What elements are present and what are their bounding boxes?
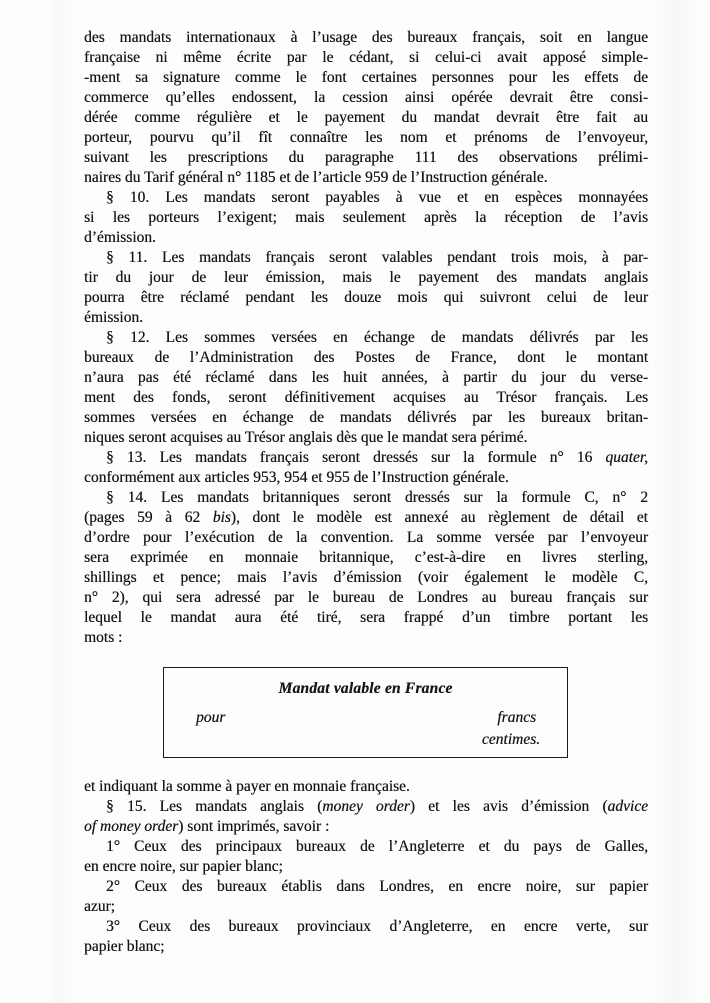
text-line: tir du jour de leur émission, mais le pa… bbox=[84, 268, 648, 288]
text-segment: tir du jour de leur émission, mais le pa… bbox=[84, 269, 648, 286]
text-line: des mandats internationaux à l’usage des… bbox=[84, 28, 648, 48]
text-line: § 12. Les sommes versées en échange de m… bbox=[84, 328, 648, 348]
page-text-column: des mandats internationaux à l’usage des… bbox=[84, 28, 648, 957]
italic-text-segment: money order bbox=[322, 798, 410, 815]
text-segment: conformément aux articles 953, 954 et 95… bbox=[84, 469, 509, 486]
text-segment: 3° Ceux des bureaux provinciaux d’Anglet… bbox=[106, 918, 648, 935]
text-line: commerce qu’elles endossent, la cession … bbox=[84, 88, 648, 108]
text-segment: shillings et pence; mais l’avis d’émissi… bbox=[84, 569, 648, 586]
text-line: § 15. Les mandats anglais (money order) … bbox=[84, 797, 648, 817]
text-line: sommes versées en échange de mandats dél… bbox=[84, 408, 648, 428]
text-line: lequel le mandat aura été tiré, sera fra… bbox=[84, 608, 648, 628]
text-line: papier blanc; bbox=[84, 937, 648, 957]
text-segment: § 15. Les mandats anglais ( bbox=[106, 798, 322, 815]
scan-streak-left-margin bbox=[45, 0, 77, 1003]
text-segment: § 10. Les mandats seront payables à vue … bbox=[106, 189, 648, 206]
text-segment: des mandats internationaux à l’usage des… bbox=[84, 29, 648, 46]
italic-text-segment: of money order bbox=[84, 818, 178, 835]
text-segment: papier blanc; bbox=[84, 938, 164, 955]
text-line: suivant les prescriptions du paragraphe … bbox=[84, 148, 648, 168]
text-segment: dérée comme régulière et le payement du … bbox=[84, 109, 648, 126]
stamp-pour-label: pour bbox=[196, 708, 225, 728]
text-segment: mots : bbox=[84, 629, 122, 646]
text-segment: sommes versées en échange de mandats dél… bbox=[84, 409, 648, 426]
text-segment: lequel le mandat aura été tiré, sera fra… bbox=[84, 609, 648, 626]
text-segment: porteur, pourvu qu’il fît connaître les … bbox=[84, 129, 648, 146]
text-line: émission. bbox=[84, 308, 648, 328]
text-line: ment des fonds, seront définitivement ac… bbox=[84, 388, 648, 408]
text-block-top: des mandats internationaux à l’usage des… bbox=[84, 28, 648, 648]
text-line: mots : bbox=[84, 628, 648, 648]
stamp-francs-label: francs bbox=[497, 708, 536, 728]
text-line: § 13. Les mandats français seront dressé… bbox=[84, 448, 648, 468]
stamp-centimes-label: centimes. bbox=[164, 730, 567, 750]
italic-text-segment: advice bbox=[608, 798, 648, 815]
text-segment: et indiquant la somme à payer en monnaie… bbox=[84, 778, 410, 795]
italic-text-segment: quater, bbox=[605, 449, 648, 466]
text-line: dérée comme régulière et le payement du … bbox=[84, 108, 648, 128]
text-segment: § 11. Les mandats français seront valabl… bbox=[106, 249, 648, 266]
text-line: pourra être réclamé pendant les douze mo… bbox=[84, 288, 648, 308]
text-segment: -ment sa signature comme le font certain… bbox=[84, 69, 648, 86]
text-line: § 11. Les mandats français seront valabl… bbox=[84, 248, 648, 268]
text-line: n° 2), qui sera adressé par le bureau de… bbox=[84, 588, 648, 608]
text-segment: ment des fonds, seront définitivement ac… bbox=[84, 389, 648, 406]
text-segment: ) et les avis d’émission ( bbox=[410, 798, 608, 815]
text-line: of money order) sont imprimés, savoir : bbox=[84, 817, 648, 837]
stamp-amount-row: pour francs bbox=[164, 708, 567, 728]
text-segment: (pages 59 à 62 bbox=[84, 509, 213, 526]
text-line: d’ordre pour l’exécution de la conventio… bbox=[84, 528, 648, 548]
text-segment: française ni même écrite par le cédant, … bbox=[84, 49, 648, 66]
text-line: azur; bbox=[84, 897, 648, 917]
text-block-bottom: et indiquant la somme à payer en monnaie… bbox=[84, 777, 648, 957]
text-line: en encre noire, sur papier blanc; bbox=[84, 857, 648, 877]
text-segment: § 14. Les mandats britanniques seront dr… bbox=[106, 489, 648, 506]
text-segment: d’émission. bbox=[84, 229, 156, 246]
text-segment: bureaux de l’Administration des Postes d… bbox=[84, 349, 648, 366]
scan-streak-right-margin bbox=[652, 0, 700, 1003]
text-segment: émission. bbox=[84, 309, 143, 326]
text-segment: § 13. Les mandats français seront dressé… bbox=[106, 449, 605, 466]
text-segment: niques seront acquises au Trésor anglais… bbox=[84, 429, 527, 446]
text-line: porteur, pourvu qu’il fît connaître les … bbox=[84, 128, 648, 148]
text-line: § 10. Les mandats seront payables à vue … bbox=[84, 188, 648, 208]
text-segment: pourra être réclamé pendant les douze mo… bbox=[84, 289, 648, 306]
text-line: si les porteurs l’exigent; mais seulemen… bbox=[84, 208, 648, 228]
text-line: naires du Tarif général n° 1185 et de l’… bbox=[84, 168, 648, 188]
text-segment: 2° Ceux des bureaux établis dans Londres… bbox=[106, 878, 648, 895]
text-line: shillings et pence; mais l’avis d’émissi… bbox=[84, 568, 648, 588]
text-line: n’aura pas été réclamé dans les huit ann… bbox=[84, 368, 648, 388]
text-line: (pages 59 à 62 bis), dont le modèle est … bbox=[84, 508, 648, 528]
text-segment: n’aura pas été réclamé dans les huit ann… bbox=[84, 369, 648, 386]
text-line: 3° Ceux des bureaux provinciaux d’Anglet… bbox=[84, 917, 648, 937]
text-segment: § 12. Les sommes versées en échange de m… bbox=[106, 329, 648, 346]
text-line: 2° Ceux des bureaux établis dans Londres… bbox=[84, 877, 648, 897]
text-line: française ni même écrite par le cédant, … bbox=[84, 48, 648, 68]
text-segment: 1° Ceux des principaux bureaux de l’Angl… bbox=[106, 838, 648, 855]
text-line: 1° Ceux des principaux bureaux de l’Angl… bbox=[84, 837, 648, 857]
italic-text-segment: bis bbox=[213, 509, 231, 526]
text-line: conformément aux articles 953, 954 et 95… bbox=[84, 468, 648, 488]
text-segment: naires du Tarif général n° 1185 et de l’… bbox=[84, 169, 547, 186]
text-segment: commerce qu’elles endossent, la cession … bbox=[84, 89, 648, 106]
text-line: et indiquant la somme à payer en monnaie… bbox=[84, 777, 648, 797]
stamp-title: Mandat valable en France bbox=[164, 679, 567, 699]
text-line: d’émission. bbox=[84, 228, 648, 248]
text-segment: sera exprimée en monnaie britannique, c’… bbox=[84, 549, 648, 566]
text-line: niques seront acquises au Trésor anglais… bbox=[84, 428, 648, 448]
text-segment: suivant les prescriptions du paragraphe … bbox=[84, 149, 648, 166]
text-segment: si les porteurs l’exigent; mais seulemen… bbox=[84, 209, 648, 226]
text-segment: ), dont le modèle est annexé au règlemen… bbox=[231, 509, 648, 526]
mandat-stamp-box: Mandat valable en France pour francs cen… bbox=[163, 667, 568, 758]
text-segment: en encre noire, sur papier blanc; bbox=[84, 858, 283, 875]
text-segment: ) sont imprimés, savoir : bbox=[178, 818, 329, 835]
text-segment: azur; bbox=[84, 898, 115, 915]
text-segment: d’ordre pour l’exécution de la conventio… bbox=[84, 529, 648, 546]
scanned-document-page: des mandats internationaux à l’usage des… bbox=[0, 0, 710, 1003]
text-segment: n° 2), qui sera adressé par le bureau de… bbox=[84, 589, 648, 606]
text-line: § 14. Les mandats britanniques seront dr… bbox=[84, 488, 648, 508]
text-line: bureaux de l’Administration des Postes d… bbox=[84, 348, 648, 368]
text-line: sera exprimée en monnaie britannique, c’… bbox=[84, 548, 648, 568]
text-line: -ment sa signature comme le font certain… bbox=[84, 68, 648, 88]
